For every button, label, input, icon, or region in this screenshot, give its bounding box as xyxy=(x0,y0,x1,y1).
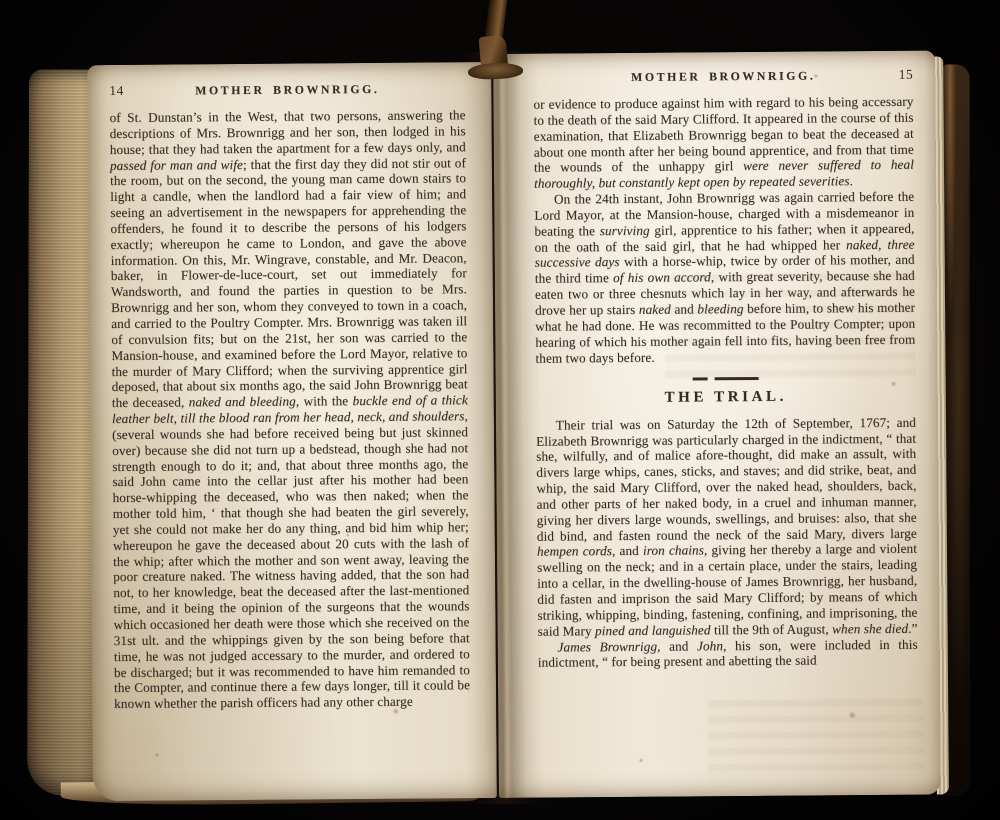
section-rule xyxy=(536,376,916,381)
right-page-header: MOTHER BROWNRIGG. 15 xyxy=(533,67,913,86)
text-segment: and xyxy=(671,301,698,316)
text-segment: ; that the first day they did not stir o… xyxy=(110,155,468,410)
foxing-spot xyxy=(639,758,644,763)
paragraph: of St. Dunstan’s in the West, that two p… xyxy=(109,107,470,712)
left-page-header: 14 MOTHER BROWNRIGG. xyxy=(109,80,465,99)
italic-text-segment: John xyxy=(697,638,723,653)
running-head-right: MOTHER BROWNRIGG. xyxy=(577,68,869,85)
text-segment: .” xyxy=(908,620,917,635)
paragraph: On the 24th instant, John Brownrigg was … xyxy=(534,189,915,366)
paragraph: James Brownrigg, and John, his son, were… xyxy=(538,636,918,671)
open-book: 14 MOTHER BROWNRIGG. of St. Dunstan’s in… xyxy=(23,48,971,807)
rule-dash-short xyxy=(693,378,708,381)
italic-text-segment: iron chains xyxy=(643,543,704,558)
foxing-spot xyxy=(891,381,897,387)
paragraph: or evidence to produce against him with … xyxy=(533,94,914,192)
italic-text-segment: hempen cords xyxy=(537,544,612,560)
text-segment: , and xyxy=(657,638,697,653)
text-segment: Their trial was on Saturday the 12th of … xyxy=(536,414,917,543)
italic-text-segment: naked and bleeding xyxy=(189,394,296,410)
italic-text-segment: James Brownrigg xyxy=(557,638,657,654)
foxing-spot xyxy=(848,711,856,719)
text-segment: , (several wounds she had before receive… xyxy=(112,408,470,711)
section-heading: THE TRIAL. xyxy=(536,387,916,407)
italic-text-segment: when she died xyxy=(832,620,908,636)
text-segment: , and xyxy=(612,543,643,558)
ink-bleedthrough-patch xyxy=(708,699,924,781)
left-page: 14 MOTHER BROWNRIGG. of St. Dunstan’s in… xyxy=(87,62,497,801)
italic-text-segment: surviving xyxy=(600,223,650,238)
page-number-right: 15 xyxy=(869,67,913,83)
text-segment: . xyxy=(849,173,853,188)
book-photograph: 14 MOTHER BROWNRIGG. of St. Dunstan’s in… xyxy=(0,0,1000,820)
left-page-body-text: of St. Dunstan’s in the West, that two p… xyxy=(109,107,470,712)
italic-text-segment: bleeding xyxy=(697,301,743,316)
paragraph: Their trial was on Saturday the 12th of … xyxy=(536,414,918,639)
foxing-spot xyxy=(155,753,160,758)
text-segment: till the 9th of August, xyxy=(710,621,832,637)
right-page-body-text-upper: or evidence to produce against him with … xyxy=(533,94,915,366)
italic-text-segment: pined and languished xyxy=(595,622,711,638)
italic-text-segment: passed for man and wife xyxy=(110,157,243,173)
text-segment: , with the xyxy=(296,393,353,408)
page-number-left: 14 xyxy=(109,83,153,99)
italic-text-segment: naked xyxy=(639,302,671,317)
rule-dash-long xyxy=(715,377,759,380)
running-head-left: MOTHER BROWNRIGG. xyxy=(153,82,421,99)
right-page-body-text-lower: Their trial was on Saturday the 12th of … xyxy=(536,414,918,670)
right-page: MOTHER BROWNRIGG. 15 or evidence to prod… xyxy=(493,51,941,798)
text-segment: of St. Dunstan’s in the West, that two p… xyxy=(109,107,465,156)
italic-text-segment: of his own accord xyxy=(613,270,711,286)
